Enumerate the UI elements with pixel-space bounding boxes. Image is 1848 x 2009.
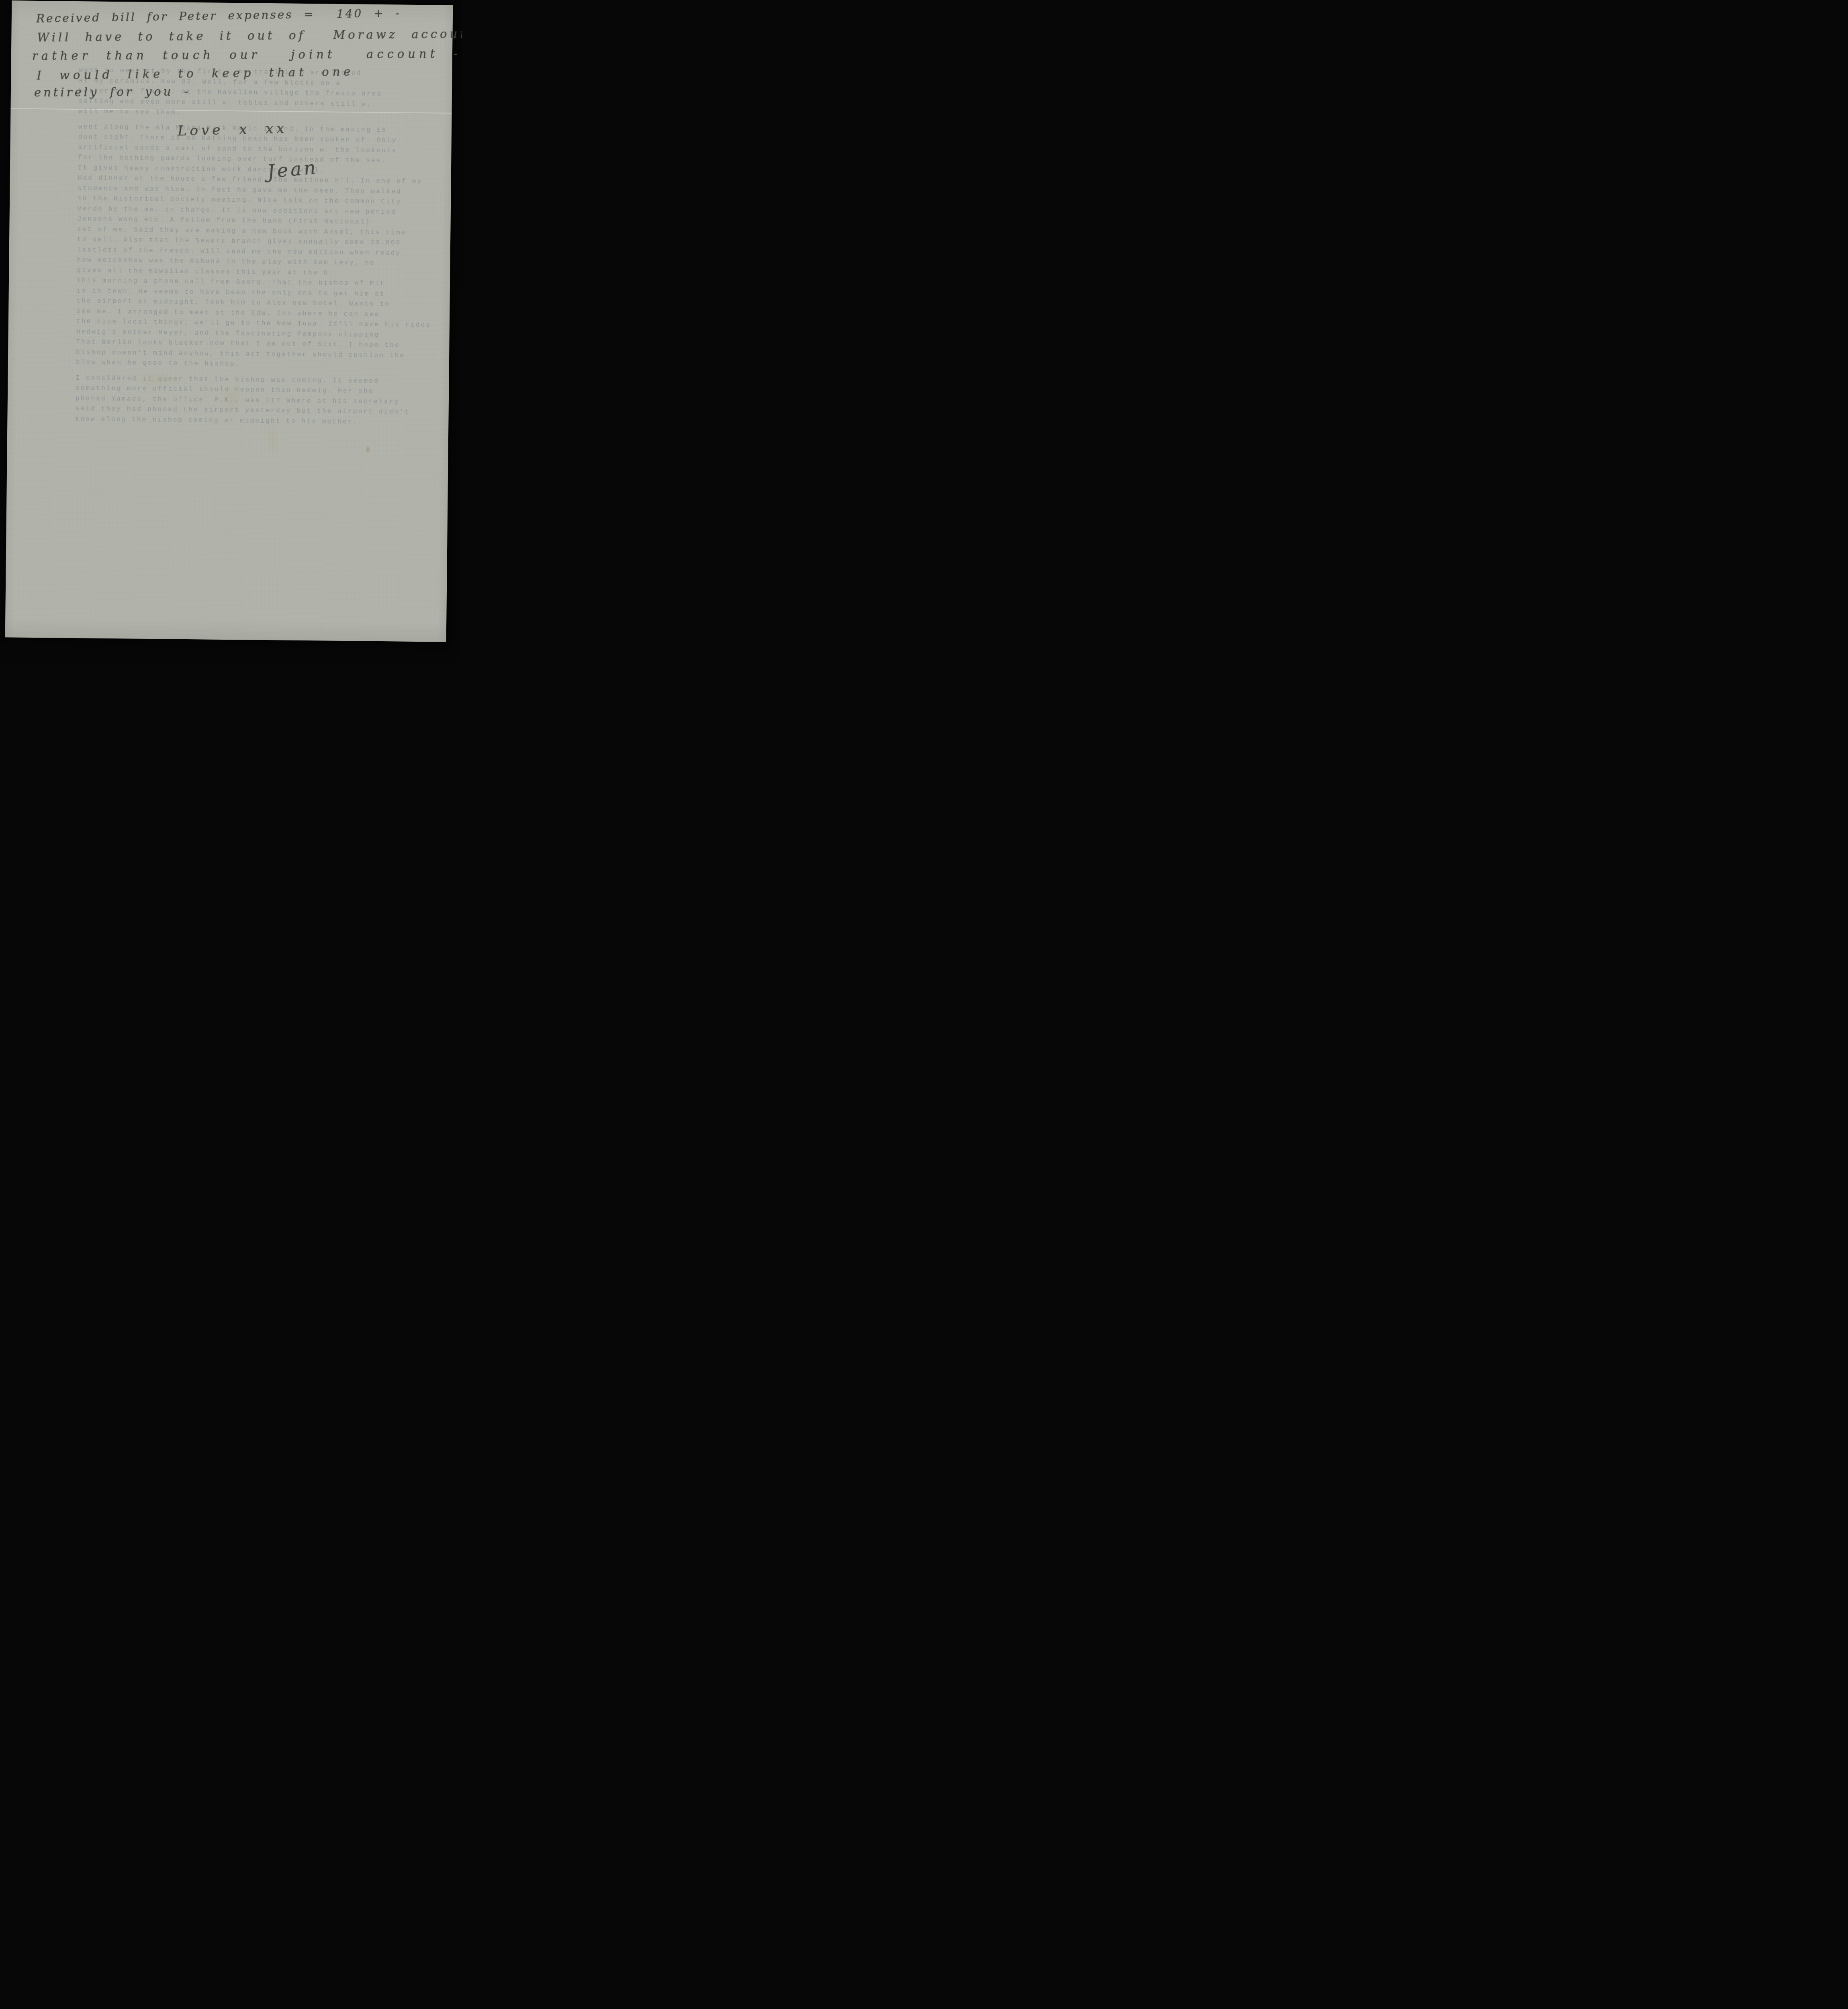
scan-background: went to meet it by the first . he trail … — [0, 0, 462, 658]
handwriting-block: Received bill for Peter expenses = 140 +… — [12, 0, 453, 5]
typed-bleedthrough-block: went to meet it by the first . he trail … — [75, 65, 434, 428]
closing-love: Love x xx — [178, 121, 288, 139]
handwritten-line: Will have to take it out of Morawz accou… — [37, 27, 462, 45]
handwritten-line: rather than touch our joint account - — [32, 47, 462, 63]
letter-paper: went to meet it by the first . he trail … — [5, 0, 453, 642]
handwritten-line: entirely for you - — [34, 85, 191, 100]
handwritten-line: Received bill for Peter expenses = 140 +… — [36, 6, 401, 25]
